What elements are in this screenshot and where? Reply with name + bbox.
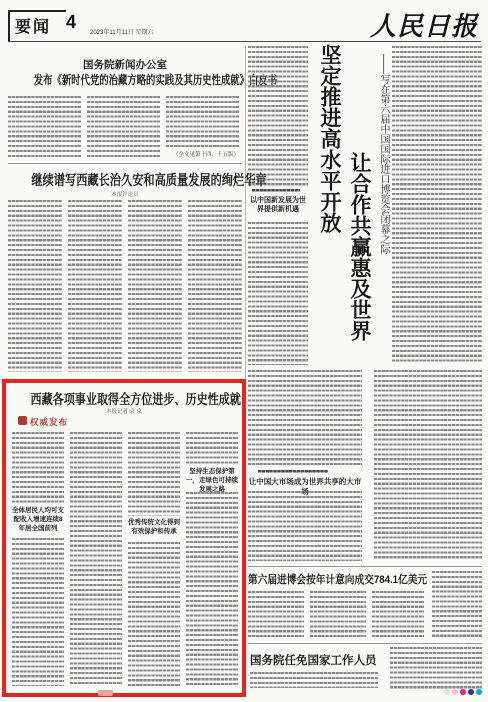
ciie-subhead-development: 以中国新发展为世界提供新机遇 <box>248 196 308 215</box>
tibet-report-column-tag: 权威发布 <box>30 416 68 428</box>
ciie-review-headline-line1: 坚定推进高水平开放 <box>314 44 344 256</box>
tibet-body-c3a <box>128 432 180 516</box>
appointments-headline: 国务院任免国家工作人员 <box>250 652 382 668</box>
print-dot-magenta <box>460 689 466 695</box>
tibet-body-c1a <box>12 432 64 504</box>
tibet-body-c1b <box>12 538 64 686</box>
tibet-report-headline: 西藏各项事业取得全方位进步、历史性成就 <box>31 388 218 408</box>
whitepaper-body-col1 <box>8 96 81 159</box>
deals-body-c1 <box>248 591 304 638</box>
whitepaper-body-col2 <box>87 96 160 159</box>
tibet-body-c2 <box>70 432 122 686</box>
section-bracket-top <box>8 10 66 12</box>
ciie-body-right-top <box>392 46 482 362</box>
section-title: 要闻 <box>15 14 51 37</box>
print-dot-cyan <box>476 689 482 695</box>
appointments-body-right <box>390 647 482 691</box>
tibet-subhead-ecology: 坚持生态保护第一，走绿色可持续发展之路 <box>185 468 239 494</box>
commentary-byline: 本报评论员 <box>8 190 242 198</box>
tibet-report-byline: 本报记者 袁 泉 <box>10 407 238 415</box>
ciie-review-subtitle: ——写在第六届中国国际进口博览会闭幕之际 <box>376 54 391 322</box>
deals-body-right <box>432 571 482 638</box>
article-divider-d-e <box>248 566 482 567</box>
ciie-review-headline-line2: 让合作共赢惠及世界 <box>344 152 374 366</box>
newspaper-page: 要闻 4 2023年11月11日 星期六 人民日报 国务院新闻办公室 发布《新时… <box>0 0 488 702</box>
header-rule <box>8 41 481 42</box>
ciie-subhead2-leadin <box>258 470 328 474</box>
tibet-subhead-culture: 优秀传统文化得到有效保护和传承 <box>127 519 181 537</box>
registration-mark-left <box>98 690 113 696</box>
ciie-body-left-top <box>248 46 308 186</box>
whitepaper-kicker: 国务院新闻办公室 <box>8 57 242 72</box>
tibet-body-c4a <box>186 432 238 465</box>
print-dot-pink <box>452 689 458 695</box>
page-number: 4 <box>66 12 76 33</box>
print-dot-navy <box>468 689 474 695</box>
article-divider-e-f <box>248 643 482 644</box>
commentary-headline: 继续谱写西藏长治久安和高质量发展的绚烂华章 <box>31 170 218 190</box>
deals-body-c3 <box>372 591 424 638</box>
tibet-body-c4b <box>186 492 238 686</box>
edition-date: 2023年11月11日 星期六 <box>90 27 153 36</box>
ciie-body-bottomleft-a <box>248 370 362 466</box>
ciie-body-bottomright <box>374 370 482 561</box>
ciie-body-left-mid <box>248 222 308 365</box>
commentary-body-col4 <box>188 200 242 372</box>
deals-body-c2 <box>310 591 366 638</box>
commentary-body-col2 <box>68 200 122 372</box>
commentary-body-col1 <box>8 200 62 372</box>
article-divider-a-b <box>8 163 242 164</box>
commentary-body-col3 <box>128 200 182 372</box>
ciie-subhead1-leadin <box>252 189 300 193</box>
tibet-body-c3b <box>128 542 180 686</box>
ciie-deals-headline: 第六届进博会按年计意向成交784.1亿美元 <box>248 571 405 587</box>
whitepaper-headline: 发布《新时代党的治藏方略的实践及其历史性成就》白皮书 <box>34 71 217 88</box>
ciie-body-bottomleft-b <box>248 491 362 561</box>
section-bracket-side <box>8 10 10 41</box>
whitepaper-end-note: （全文见第十四、十五版） <box>166 150 239 158</box>
whitepaper-body-col3 <box>166 96 239 148</box>
appointments-body-under <box>250 672 378 688</box>
masthead-logo: 人民日报 <box>370 6 478 43</box>
authoritative-release-icon <box>18 416 27 425</box>
print-dot-gray <box>444 689 450 695</box>
tibet-subhead-income: 全体居民人均可支配收入增速连续8年居全国前列 <box>11 507 65 533</box>
